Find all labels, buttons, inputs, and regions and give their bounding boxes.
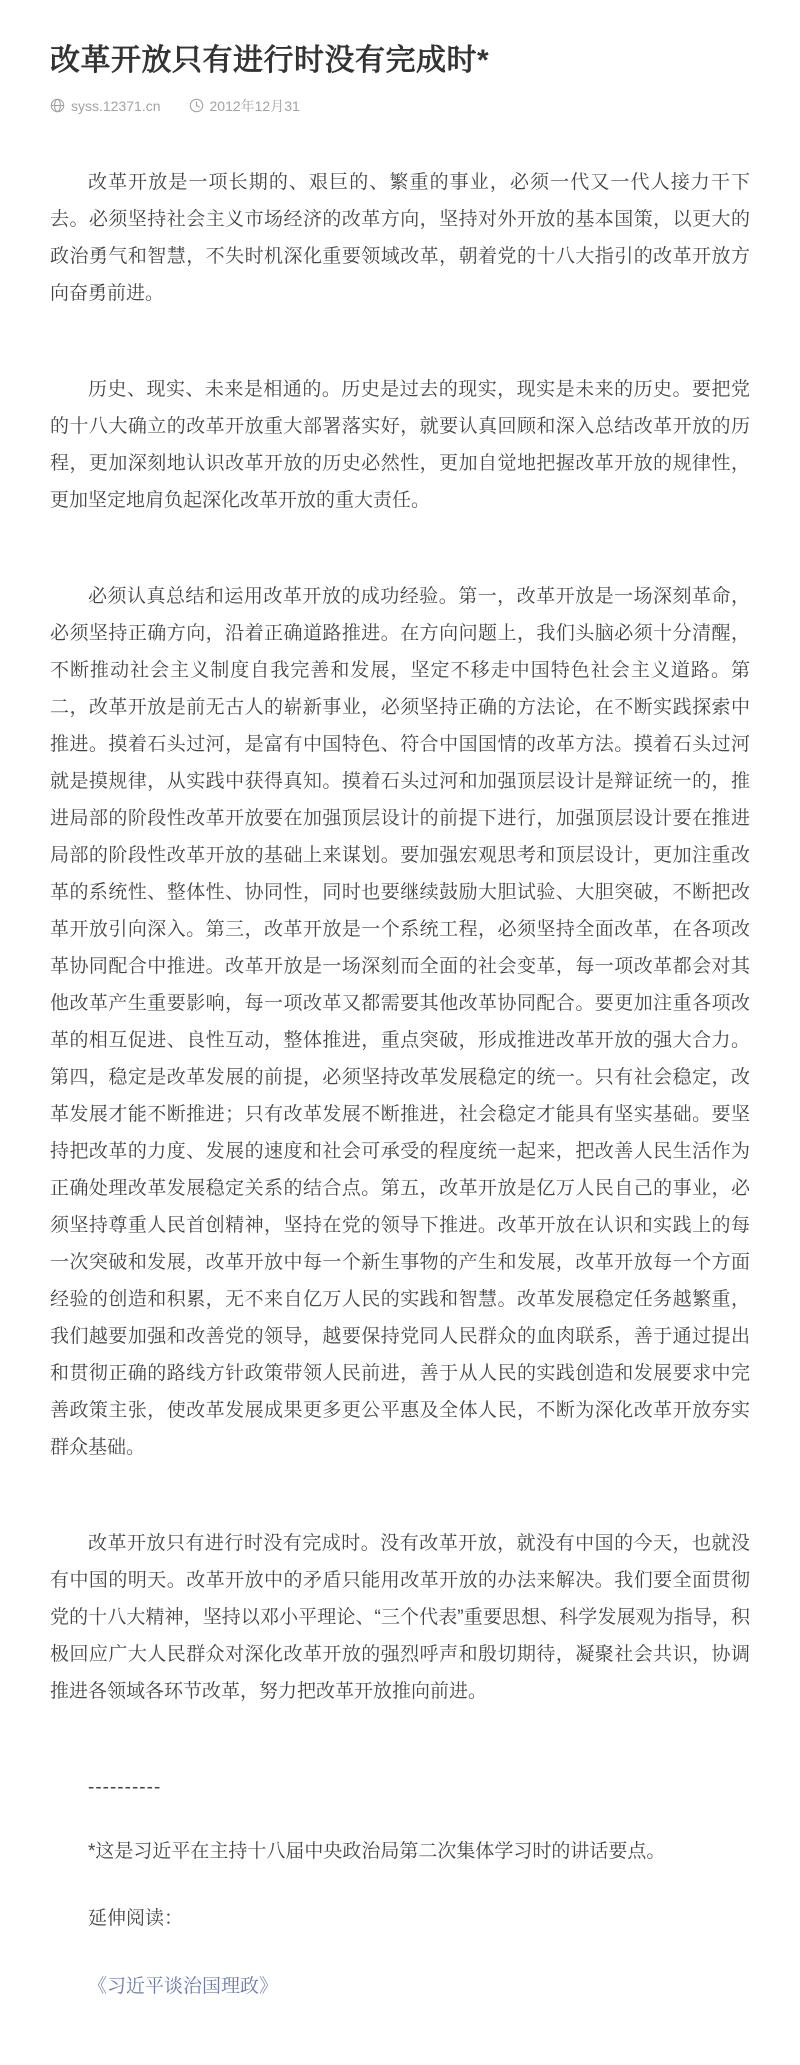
meta-source-text: syss.12371.cn	[71, 98, 161, 114]
article-meta: syss.12371.cn 2012年12月31	[50, 96, 750, 116]
article-paragraph-3: 必须认真总结和运用改革开放的成功经验。第一，改革开放是一场深刻革命，必须坚持正确…	[50, 578, 750, 1466]
article-page: 改革开放只有进行时没有完成时* syss.12371.cn 2012年12月31	[0, 0, 800, 2065]
related-reading-label: 延伸阅读：	[50, 1900, 750, 1937]
footnote-separator: ----------	[50, 1769, 750, 1806]
article-paragraph-2: 历史、现实、未来是相通的。历史是过去的现实，现实是未来的历史。要把党的十八大确立…	[50, 371, 750, 519]
related-link-row: 《习近平谈治国理政》	[50, 1968, 750, 2005]
footnote-text: *这是习近平在主持十八届中央政治局第二次集体学习时的讲话要点。	[50, 1833, 750, 1870]
clock-icon	[189, 98, 204, 113]
related-book-link[interactable]: 《习近平谈治国理政》	[88, 1976, 278, 1997]
meta-source: syss.12371.cn	[50, 98, 161, 114]
article-paragraph-1: 改革开放是一项长期的、艰巨的、繁重的事业，必须一代又一代人接力干下去。必须坚持社…	[50, 164, 750, 312]
article-body: 改革开放是一项长期的、艰巨的、繁重的事业，必须一代又一代人接力干下去。必须坚持社…	[50, 164, 750, 2005]
globe-icon	[50, 98, 65, 113]
article-paragraph-4: 改革开放只有进行时没有完成时。没有改革开放，就没有中国的今天，也就没有中国的明天…	[50, 1525, 750, 1710]
meta-date-text: 2012年12月31	[210, 96, 300, 116]
meta-date: 2012年12月31	[189, 96, 300, 116]
page-title: 改革开放只有进行时没有完成时*	[50, 42, 750, 80]
